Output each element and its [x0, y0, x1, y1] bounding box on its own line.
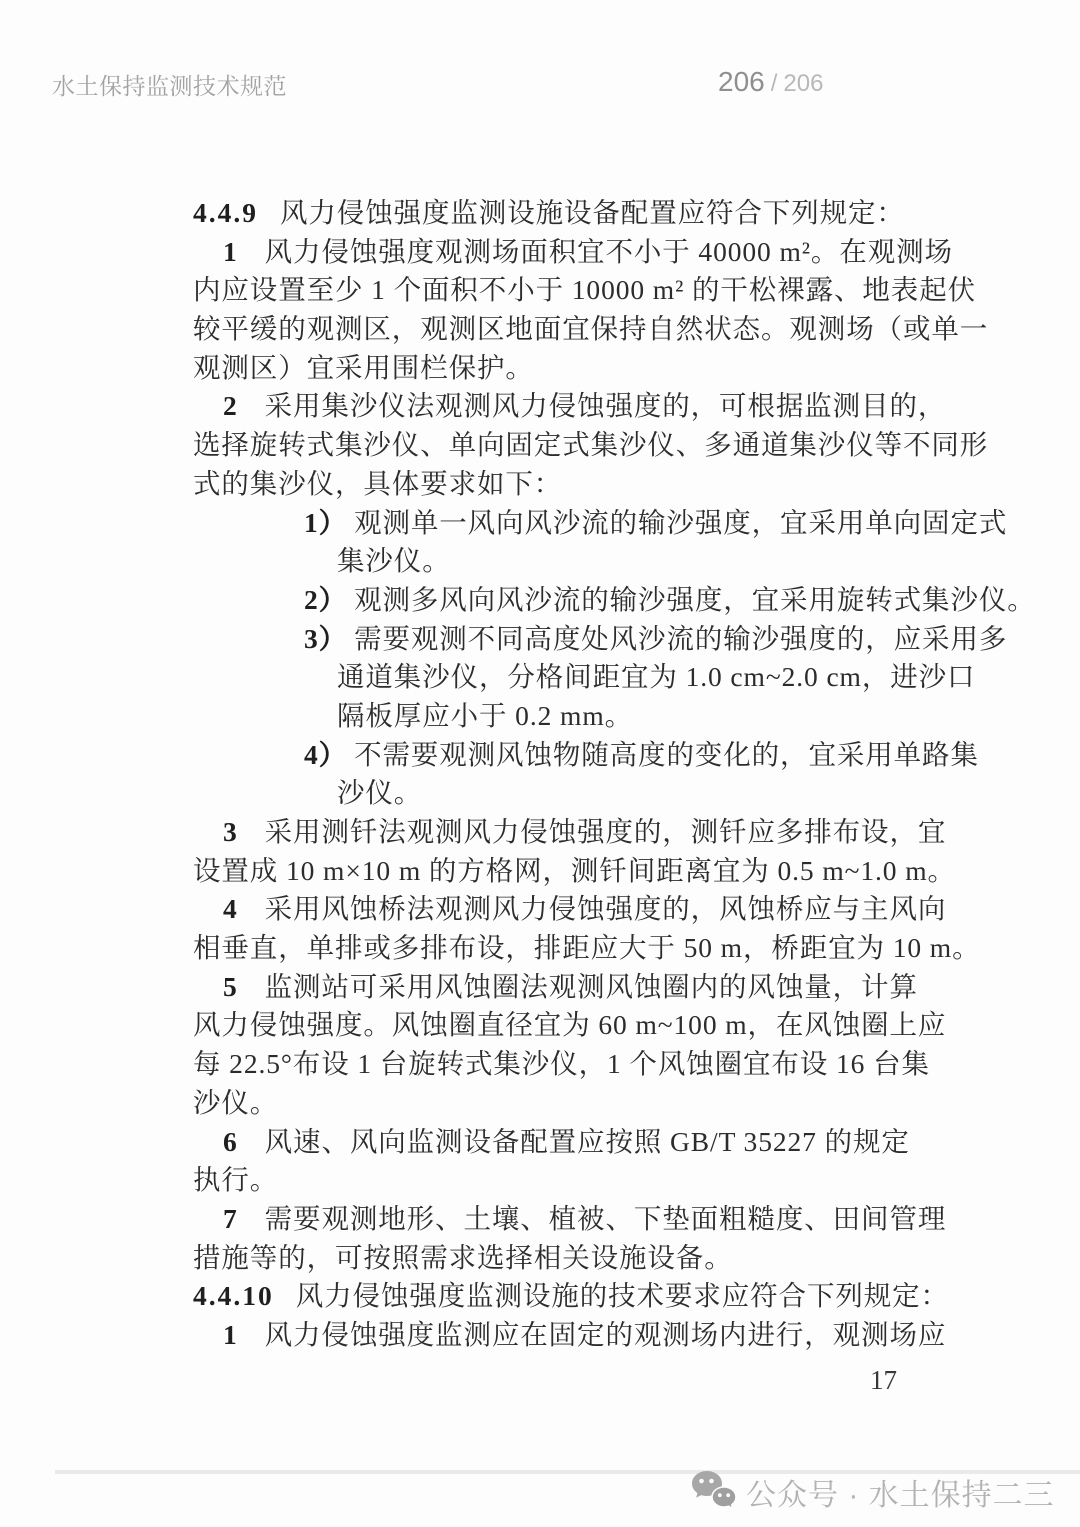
line-text: 采用测钎法观测风力侵蚀强度的，测钎应多排布设，宜 — [265, 816, 947, 847]
current-page: 206 — [718, 66, 765, 97]
line-text: 沙仪。 — [337, 777, 422, 808]
paragraph-number: 3 — [223, 816, 238, 847]
paragraph-number: 5 — [223, 971, 238, 1002]
text-line: 较平缓的观测区，观测区地面宜保持自然状态。观测场（或单一 — [193, 310, 925, 349]
text-line: 3采用测钎法观测风力侵蚀强度的，测钎应多排布设，宜 — [193, 813, 925, 852]
text-line: 设置成 10 m×10 m 的方格网，测钎间距离宜为 0.5 m~1.0 m。 — [193, 852, 925, 891]
line-text: 需要观测不同高度处风沙流的输沙强度的，应采用多 — [354, 623, 1007, 654]
paragraph-number: 4 — [223, 893, 238, 924]
line-text: 监测站可采用风蚀圈法观测风蚀圈内的风蚀量，计算 — [265, 971, 918, 1002]
text-line: 通道集沙仪，分格间距宜为 1.0 cm~2.0 cm，进沙口 — [193, 658, 925, 697]
text-line: 选择旋转式集沙仪、单向固定式集沙仪、多通道集沙仪等不同形 — [193, 426, 925, 465]
paragraph-number: 4） — [304, 739, 347, 770]
paragraph-number: 1 — [223, 1319, 238, 1350]
watermark: 公众号 · 水土保持二三 — [690, 1469, 1055, 1515]
text-line: 沙仪。 — [193, 774, 925, 813]
line-text: 通道集沙仪，分格间距宜为 1.0 cm~2.0 cm，进沙口 — [337, 661, 975, 692]
page-separator: / — [765, 70, 784, 97]
text-line: 执行。 — [193, 1161, 925, 1200]
text-line: 每 22.5°布设 1 台旋转式集沙仪，1 个风蚀圈宜布设 16 台集 — [193, 1045, 925, 1084]
text-line: 隔板厚应小于 0.2 mm。 — [193, 697, 925, 736]
paragraph-number: 6 — [223, 1126, 238, 1157]
document-title: 水土保持监测技术规范 — [52, 68, 287, 101]
paragraph-number: 7 — [223, 1203, 238, 1234]
paragraph-number: 2） — [304, 584, 347, 615]
wechat-icon — [690, 1469, 738, 1515]
line-text: 观测区）宜采用围栏保护。 — [193, 352, 534, 383]
page-number: 17 — [193, 1365, 925, 1396]
line-text: 采用风蚀桥法观测风力侵蚀强度的，风蚀桥应与主风向 — [265, 893, 947, 924]
text-line: 1）观测单一风向风沙流的输沙强度，宜采用单向固定式 — [193, 504, 925, 543]
line-text: 风力侵蚀强度监测设施的技术要求应符合下列规定： — [296, 1280, 949, 1311]
line-text: 隔板厚应小于 0.2 mm。 — [337, 700, 633, 731]
line-text: 风力侵蚀强度监测设施设备配置应符合下列规定： — [280, 197, 905, 228]
watermark-text: 公众号 · 水土保持二三 — [746, 1470, 1055, 1514]
text-line: 措施等的，可按照需求选择相关设施设备。 — [193, 1239, 925, 1278]
text-line: 7需要观测地形、土壤、植被、下垫面粗糙度、田间管理 — [193, 1200, 925, 1239]
page-indicator: 206/206 — [718, 66, 823, 98]
paragraph-number: 4.4.9 — [193, 197, 258, 228]
line-text: 集沙仪。 — [337, 545, 451, 576]
text-line: 1风力侵蚀强度监测应在固定的观测场内进行，观测场应 — [193, 1316, 925, 1355]
line-text: 每 22.5°布设 1 台旋转式集沙仪，1 个风蚀圈宜布设 16 台集 — [193, 1048, 930, 1079]
text-line: 观测区）宜采用围栏保护。 — [193, 349, 925, 388]
line-text: 风力侵蚀强度。风蚀圈直径宜为 60 m~100 m，在风蚀圈上应 — [193, 1009, 946, 1040]
line-text: 较平缓的观测区，观测区地面宜保持自然状态。观测场（或单一 — [193, 313, 988, 344]
paragraph-number: 3） — [304, 623, 347, 654]
line-text: 风力侵蚀强度监测应在固定的观测场内进行，观测场应 — [265, 1319, 947, 1350]
line-text: 相垂直，单排或多排布设，排距应大于 50 m，桥距宜为 10 m。 — [193, 932, 980, 963]
text-line: 5监测站可采用风蚀圈法观测风蚀圈内的风蚀量，计算 — [193, 968, 925, 1007]
line-text: 观测单一风向风沙流的输沙强度，宜采用单向固定式 — [354, 507, 1007, 538]
line-text: 选择旋转式集沙仪、单向固定式集沙仪、多通道集沙仪等不同形 — [193, 429, 988, 460]
line-text: 执行。 — [193, 1164, 278, 1195]
line-text: 设置成 10 m×10 m 的方格网，测钎间距离宜为 0.5 m~1.0 m。 — [193, 855, 956, 886]
line-text: 采用集沙仪法观测风力侵蚀强度的，可根据监测目的， — [265, 390, 947, 421]
text-line: 2）观测多风向风沙流的输沙强度，宜采用旋转式集沙仪。 — [193, 581, 925, 620]
line-text: 内应设置至少 1 个面积不小于 10000 m² 的干松裸露、地表起伏 — [193, 274, 976, 305]
text-line: 4）不需要观测风蚀物随高度的变化的，宜采用单路集 — [193, 736, 925, 775]
text-line: 内应设置至少 1 个面积不小于 10000 m² 的干松裸露、地表起伏 — [193, 271, 925, 310]
text-line: 4.4.9风力侵蚀强度监测设施设备配置应符合下列规定： — [193, 194, 925, 233]
line-text: 观测多风向风沙流的输沙强度，宜采用旋转式集沙仪。 — [354, 584, 1036, 615]
text-line: 1风力侵蚀强度观测场面积宜不小于 40000 m²。在观测场 — [193, 233, 925, 272]
line-text: 需要观测地形、土壤、植被、下垫面粗糙度、田间管理 — [265, 1203, 947, 1234]
paragraph-number: 4.4.10 — [193, 1280, 274, 1311]
text-line: 4采用风蚀桥法观测风力侵蚀强度的，风蚀桥应与主风向 — [193, 890, 925, 929]
line-text: 措施等的，可按照需求选择相关设施设备。 — [193, 1242, 733, 1273]
text-line: 风力侵蚀强度。风蚀圈直径宜为 60 m~100 m，在风蚀圈上应 — [193, 1006, 925, 1045]
paragraph-number: 1 — [223, 236, 238, 267]
line-text: 风速、风向监测设备配置应按照 GB/T 35227 的规定 — [265, 1126, 910, 1157]
line-text: 风力侵蚀强度观测场面积宜不小于 40000 m²。在观测场 — [265, 236, 953, 267]
text-line: 集沙仪。 — [193, 542, 925, 581]
total-pages: 206 — [783, 70, 823, 97]
text-line: 4.4.10风力侵蚀强度监测设施的技术要求应符合下列规定： — [193, 1277, 925, 1316]
paragraph-number: 2 — [223, 390, 238, 421]
text-line: 2采用集沙仪法观测风力侵蚀强度的，可根据监测目的， — [193, 387, 925, 426]
line-text: 沙仪。 — [193, 1087, 278, 1118]
text-line: 3）需要观测不同高度处风沙流的输沙强度的，应采用多 — [193, 620, 925, 659]
line-text: 不需要观测风蚀物随高度的变化的，宜采用单路集 — [354, 739, 979, 770]
paragraph-number: 1） — [304, 507, 347, 538]
document-body: 4.4.9风力侵蚀强度监测设施设备配置应符合下列规定：1风力侵蚀强度观测场面积宜… — [193, 194, 925, 1355]
text-line: 6风速、风向监测设备配置应按照 GB/T 35227 的规定 — [193, 1123, 925, 1162]
line-text: 式的集沙仪，具体要求如下： — [193, 468, 562, 499]
document-page: 水土保持监测技术规范 206/206 4.4.9风力侵蚀强度监测设施设备配置应符… — [0, 0, 1080, 1527]
text-line: 式的集沙仪，具体要求如下： — [193, 465, 925, 504]
text-line: 沙仪。 — [193, 1084, 925, 1123]
text-line: 相垂直，单排或多排布设，排距应大于 50 m，桥距宜为 10 m。 — [193, 929, 925, 968]
